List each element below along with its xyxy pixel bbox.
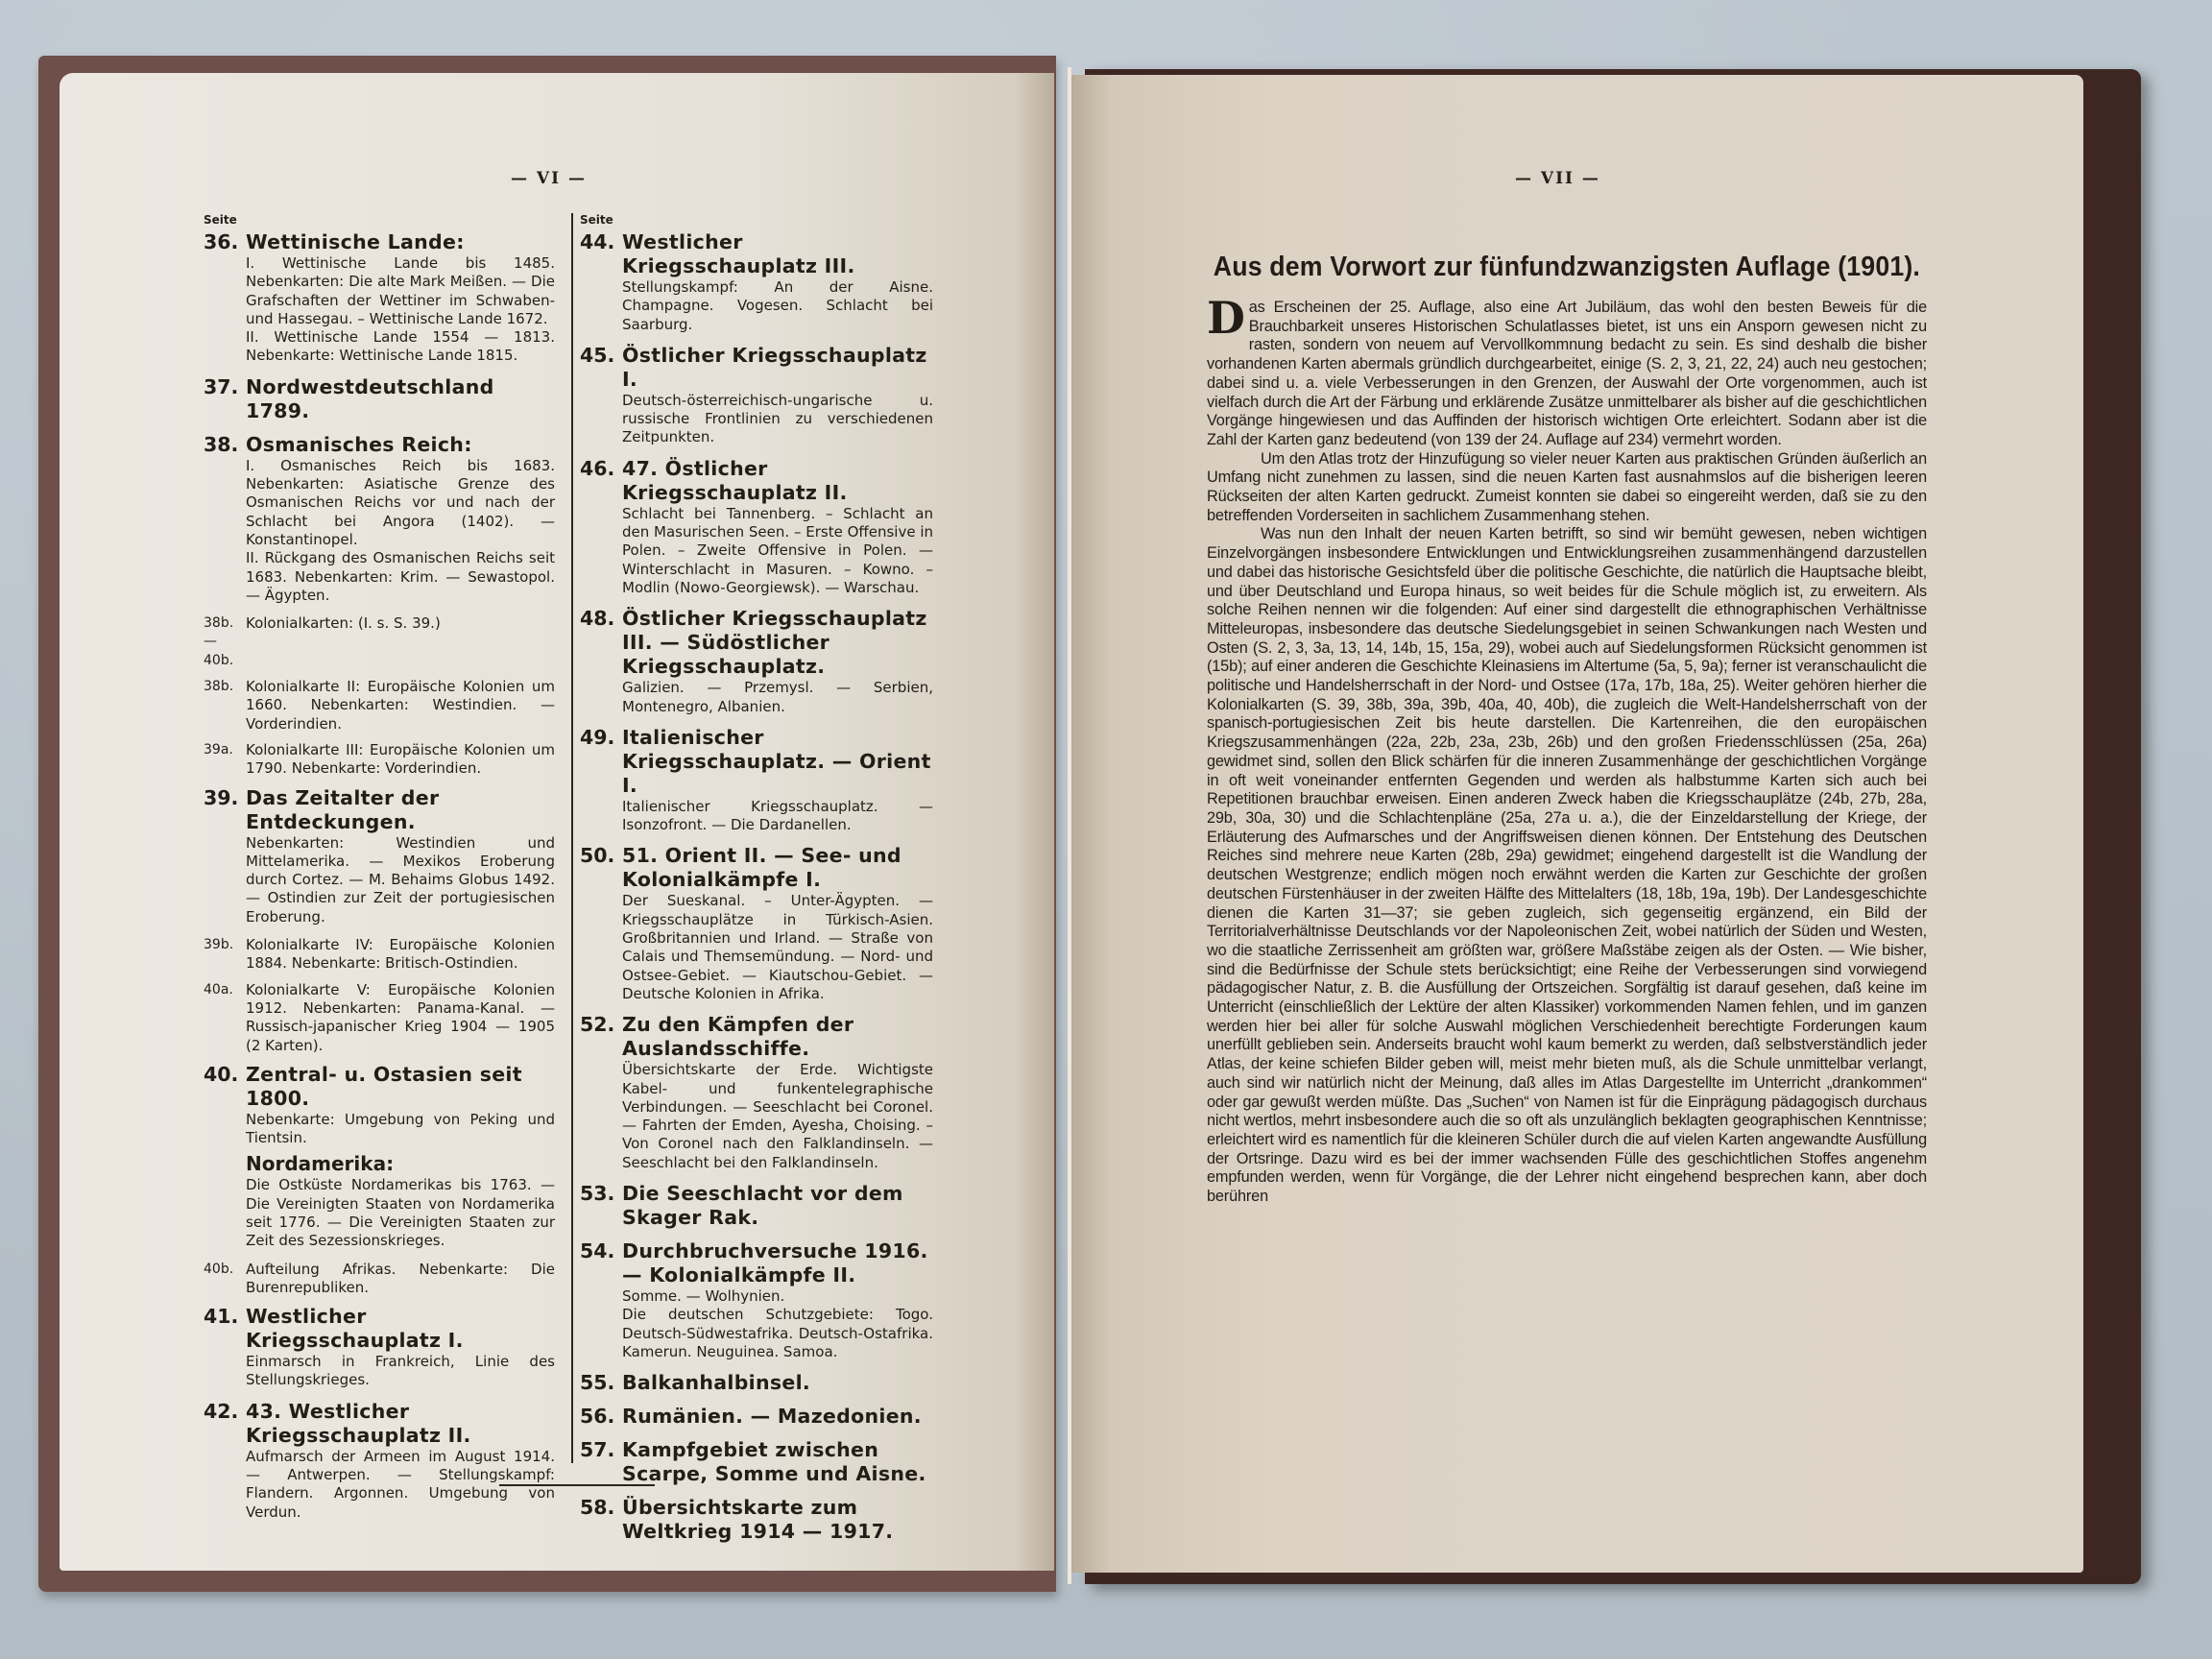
entry-description: Schlacht bei Tannenberg. – Schlacht an d…: [622, 505, 933, 597]
entry-title: Osmanisches Reich:: [246, 433, 555, 457]
entry-number: 40b.: [204, 1261, 246, 1298]
preface-paragraph: Was nun den Inhalt der neuen Karten betr…: [1207, 525, 1927, 1206]
entry-number: 41.: [204, 1305, 246, 1353]
entry-number: 39b.: [204, 936, 246, 974]
entry-title: Östlicher Kriegsschauplatz I.: [622, 344, 933, 392]
contents-entry: 38. Osmanisches Reich: I. Osmanisches Re…: [204, 433, 555, 605]
drop-cap: D: [1207, 299, 1245, 337]
entry-description: I. Wettinische Lande bis 1485. Nebenkart…: [246, 254, 555, 328]
entry-number: 52.: [580, 1013, 622, 1061]
entry-title: Rumänien. — Mazedonien.: [622, 1405, 933, 1429]
contents-subentry: 38b.—40b. Kolonialkarten: (I. s. S. 39.): [204, 614, 555, 670]
entry-title: Westlicher Kriegsschauplatz I.: [246, 1305, 555, 1353]
end-rule: [499, 1484, 655, 1486]
contents-entry: 41. Westlicher Kriegsschauplatz I. Einma…: [204, 1305, 555, 1390]
entry-title: Östlicher Kriegsschauplatz III. — Südöst…: [622, 607, 933, 679]
entry-number: 50.: [580, 844, 622, 892]
entry-title: Durchbruchversuche 1916. — Kolonialkämpf…: [622, 1239, 933, 1287]
entry-number: 56.: [580, 1405, 622, 1429]
contents-entry: 42. 43. Westlicher Kriegsschauplatz II. …: [204, 1400, 555, 1522]
entry-title: 51. Orient II. — See- und Kolonialkämpfe…: [622, 844, 933, 892]
entry-description: Kolonialkarte V: Europäische Kolonien 19…: [246, 981, 555, 1055]
contents-column-a: Seite 36. Wettinische Lande: I. Wettinis…: [204, 213, 555, 1531]
entry-description: Einmarsch in Frankreich, Linie des Stell…: [246, 1353, 555, 1390]
entry-description: Stellungskampf: An der Aisne. Champagne.…: [622, 278, 933, 334]
contents-entry: 53.Die Seeschlacht vor dem Skager Rak.: [580, 1182, 933, 1230]
entry-description: Galizien. — Przemysl. — Serbien, Montene…: [622, 679, 933, 716]
paragraph-text: as Erscheinen der 25. Auflage, also eine…: [1207, 299, 1927, 448]
contents-entry: 55.Balkanhalbinsel.: [580, 1371, 933, 1395]
entry-description: Deutsch-österreichisch-ungarische u. rus…: [622, 392, 933, 447]
entry-number: 37.: [204, 375, 246, 423]
entry-number: 45.: [580, 344, 622, 392]
entry-number: 44.: [580, 230, 622, 278]
entry-description: Nebenkarte: Umgebung von Peking und Tien…: [246, 1111, 555, 1148]
entry-number: 36.: [204, 230, 246, 254]
entry-description: Kolonialkarte IV: Europäische Kolonien 1…: [246, 936, 555, 974]
entry-description: Übersichtskarte der Erde. Wichtigste Kab…: [622, 1061, 933, 1172]
page-number-right: — VII —: [1515, 169, 1600, 188]
preface-paragraph: Um den Atlas trotz der Hinzufügung so vi…: [1207, 450, 1927, 526]
contents-subentry: 39a. Kolonialkarte III: Europäische Kolo…: [204, 741, 555, 779]
contents-subentry: 39b. Kolonialkarte IV: Europäische Kolon…: [204, 936, 555, 974]
preface-title: Aus dem Vorwort zur fünfundzwanzigsten A…: [1207, 252, 1927, 283]
entry-number: 38.: [204, 433, 246, 457]
entry-description: Somme. — Wolhynien.: [622, 1287, 933, 1306]
contents-entry: 46.47. Östlicher Kriegsschauplatz II. Sc…: [580, 457, 933, 597]
entry-description: Kolonialkarten: (I. s. S. 39.): [246, 614, 555, 670]
entry-title: 43. Westlicher Kriegsschauplatz II.: [246, 1400, 555, 1448]
entry-number: 57.: [580, 1438, 622, 1486]
preface-paragraph: Das Erscheinen der 25. Auflage, also ein…: [1207, 299, 1927, 450]
entry-title: Das Zeitalter der Entdeckungen.: [246, 786, 555, 834]
section-subheading: Nordamerika:: [204, 1151, 555, 1176]
entry-number: 53.: [580, 1182, 622, 1230]
contents-subentry: 38b. Kolonialkarte II: Europäische Kolon…: [204, 678, 555, 733]
entry-description: Die deutschen Schutzgebiete: Togo. Deuts…: [622, 1306, 933, 1361]
contents-entry: 56.Rumänien. — Mazedonien.: [580, 1405, 933, 1429]
entry-number: 39a.: [204, 741, 246, 779]
entry-title: Kampfgebiet zwischen Scarpe, Somme und A…: [622, 1438, 933, 1486]
entry-title: Zu den Kämpfen der Auslandsschiffe.: [622, 1013, 933, 1061]
entry-title: Italienischer Kriegsschauplatz. — Orient…: [622, 726, 933, 798]
entry-number: 39.: [204, 786, 246, 834]
entry-number: 49.: [580, 726, 622, 798]
entry-title: Zentral- u. Ostasien seit 1800.: [246, 1063, 555, 1111]
contents-entry: 37. Nordwestdeutschland 1789.: [204, 375, 555, 423]
contents-entry: 40. Zentral- u. Ostasien seit 1800. Nebe…: [204, 1063, 555, 1251]
contents-entry: 49.Italienischer Kriegsschauplatz. — Ori…: [580, 726, 933, 835]
entry-title: Übersichtskarte zum Weltkrieg 1914 — 191…: [622, 1496, 933, 1544]
contents-entry: 45.Östlicher Kriegsschauplatz I. Deutsch…: [580, 344, 933, 447]
entry-title: Westlicher Kriegsschauplatz III.: [622, 230, 933, 278]
entry-description: Nebenkarten: Westindien und Mittelamerik…: [246, 834, 555, 926]
entry-title: Balkanhalbinsel.: [622, 1371, 933, 1395]
contents-entry: 54.Durchbruchversuche 1916. — Kolonialkä…: [580, 1239, 933, 1361]
entry-number: 55.: [580, 1371, 622, 1395]
entry-title: 47. Östlicher Kriegsschauplatz II.: [622, 457, 933, 505]
entry-description: II. Rückgang des Osmanischen Reichs seit…: [246, 549, 555, 605]
entry-description: II. Wettinische Lande 1554 — 1813. Neben…: [246, 328, 555, 366]
entry-description: Italienischer Kriegsschauplatz. — Isonzo…: [622, 798, 933, 835]
entry-title: Die Seeschlacht vor dem Skager Rak.: [622, 1182, 933, 1230]
preface-section: Aus dem Vorwort zur fünfundzwanzigsten A…: [1207, 252, 1927, 1207]
contents-entry: 52.Zu den Kämpfen der Auslandsschiffe. Ü…: [580, 1013, 933, 1172]
contents-subentry: 40a. Kolonialkarte V: Europäische Koloni…: [204, 981, 555, 1055]
seite-label: Seite: [204, 213, 555, 227]
contents-entry: 57.Kampfgebiet zwischen Scarpe, Somme un…: [580, 1438, 933, 1486]
page-number-left: — VI —: [511, 169, 587, 188]
entry-description: Kolonialkarte III: Europäische Kolonien …: [246, 741, 555, 779]
entry-description: Die Ostküste Nordamerikas bis 1763. — Di…: [246, 1176, 555, 1250]
seite-label: Seite: [580, 213, 933, 227]
contents-entry: 44.Westlicher Kriegsschauplatz III. Stel…: [580, 230, 933, 334]
contents-column-b: Seite 44.Westlicher Kriegsschauplatz III…: [570, 213, 933, 1553]
entry-title: Nordwestdeutschland 1789.: [246, 375, 555, 423]
contents-entry: 36. Wettinische Lande: I. Wettinische La…: [204, 230, 555, 366]
entry-number: 46.: [580, 457, 622, 505]
contents-entry: 48.Östlicher Kriegsschauplatz III. — Süd…: [580, 607, 933, 716]
contents-subentry: 40b. Aufteilung Afrikas. Nebenkarte: Die…: [204, 1261, 555, 1298]
entry-description: Aufteilung Afrikas. Nebenkarte: Die Bure…: [246, 1261, 555, 1298]
entry-number: 54.: [580, 1239, 622, 1287]
entry-number: 38b.: [204, 678, 246, 733]
contents-entry: 50.51. Orient II. — See- und Kolonialkäm…: [580, 844, 933, 1003]
contents-entry: 39. Das Zeitalter der Entdeckungen. Nebe…: [204, 786, 555, 926]
entry-description: Der Sueskanal. – Unter-Ägypten. — Kriegs…: [622, 892, 933, 1003]
entry-number: 40.: [204, 1063, 246, 1111]
entry-number: 48.: [580, 607, 622, 679]
entry-description: Kolonialkarte II: Europäische Kolonien u…: [246, 678, 555, 733]
entry-number: 58.: [580, 1496, 622, 1544]
contents-entry: 58.Übersichtskarte zum Weltkrieg 1914 — …: [580, 1496, 933, 1544]
entry-description: I. Osmanisches Reich bis 1683. Nebenkart…: [246, 457, 555, 549]
entry-number: 42.: [204, 1400, 246, 1448]
entry-number: 40a.: [204, 981, 246, 1055]
entry-number: 38b.—40b.: [204, 614, 246, 670]
entry-title: Wettinische Lande:: [246, 230, 555, 254]
